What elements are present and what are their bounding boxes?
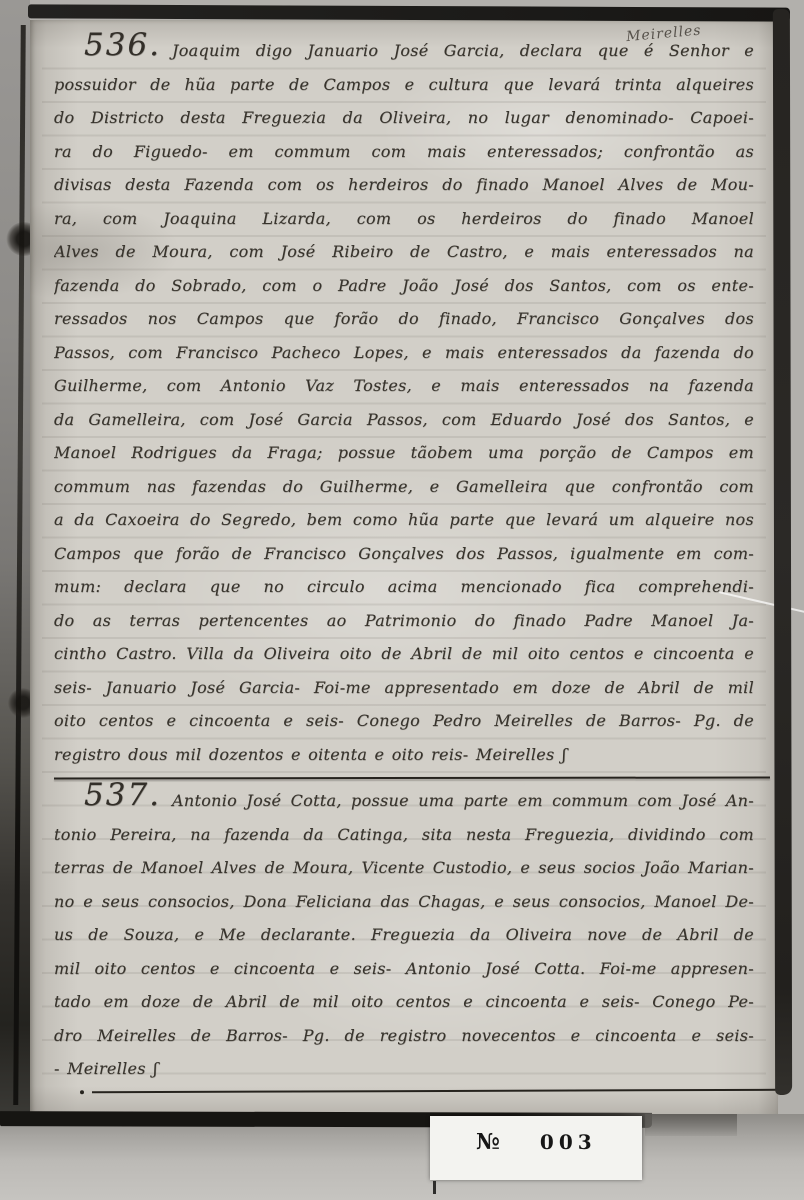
handwritten-line: - Meirelles ʃ — [54, 1052, 754, 1086]
entry-divider — [54, 777, 770, 780]
entry-divider — [92, 1089, 780, 1093]
page-number-row: № 003 — [430, 1116, 642, 1155]
handwritten-line: possuidor de hũa parte de Campos e cultu… — [54, 68, 754, 102]
handwritten-line: Passos, com Francisco Pacheco Lopes, e m… — [54, 336, 754, 370]
handwritten-line: mum: declara que no circulo acima mencio… — [54, 570, 754, 604]
page-bottom-edge-shadow — [645, 1114, 737, 1136]
handwritten-line: ra do Figuedo- em commum com mais entere… — [54, 135, 754, 169]
handwritten-line: us de Souza, e Me declarante. Freguezia … — [54, 918, 754, 952]
handwritten-line: do Districto desta Freguezia da Oliveira… — [54, 101, 754, 135]
numero-symbol: № — [476, 1129, 500, 1155]
handwritten-line: commum nas fazendas do Guilherme, e Game… — [54, 470, 754, 504]
handwritten-line: Guilherme, com Antonio Vaz Tostes, e mai… — [54, 369, 754, 403]
handwritten-line: terras de Manoel Alves de Moura, Vicente… — [54, 851, 754, 885]
handwritten-line: dro Meirelles de Barros- Pg. de registro… — [54, 1019, 754, 1053]
ledger-page: Meirelles 536. Joaquim digo Januario Jos… — [30, 20, 778, 1120]
handwritten-line: da Gamelleira, com José Garcia Passos, c… — [54, 403, 754, 437]
handwritten-line: a da Caxoeira do Segredo, bem como hũa p… — [54, 503, 754, 537]
handwritten-line: registro dous mil dozentos e oitenta e o… — [54, 738, 754, 772]
handwritten-line: tado em doze de Abril de mil oito centos… — [54, 985, 754, 1019]
page-number-value: 003 — [540, 1130, 597, 1154]
handwritten-line: ra, com Joaquina Lizarda, com os herdeir… — [54, 202, 754, 236]
handwritten-line: no e seus consocios, Dona Feliciana das … — [54, 885, 754, 919]
handwritten-line: Manoel Rodrigues da Fraga; possue tãobem… — [54, 436, 754, 470]
handwritten-line: Alves de Moura, com José Ribeiro de Cast… — [54, 235, 754, 269]
register-entry-537: 537. Antonio José Cotta, possue uma part… — [54, 784, 754, 1086]
entry-537-text: Antonio José Cotta, possue uma parte em … — [54, 784, 754, 1086]
handwritten-line: seis- Januario José Garcia- Foi-me appre… — [54, 671, 754, 705]
handwritten-line: mil oito centos e cincoenta e seis- Anto… — [54, 952, 754, 986]
right-edge-band — [773, 9, 792, 1095]
card-tick-mark — [433, 1181, 436, 1194]
handwritten-line: fazenda do Sobrado, com o Padre João Jos… — [54, 269, 754, 303]
page-number-card: № 003 — [430, 1116, 642, 1180]
handwritten-line: Campos que forão de Francisco Gonçalves … — [54, 537, 754, 571]
entry-number: 537. — [84, 777, 161, 813]
entry-536-text: Joaquim digo Januario José Garcia, decla… — [54, 34, 754, 771]
handwritten-line: do as terras pertencentes ao Patrimonio … — [54, 604, 754, 638]
handwritten-line: oito centos e cincoenta e seis- Conego P… — [54, 704, 754, 738]
handwritten-line: ressados nos Campos que forão do finado,… — [54, 302, 754, 336]
register-entry-536: 536. Joaquim digo Januario José Garcia, … — [54, 34, 754, 771]
handwritten-line: cintho Castro. Villa da Oliveira oito de… — [54, 637, 754, 671]
entry-number: 536. — [84, 27, 161, 63]
handwritten-line: divisas desta Fazenda com os herdeiros d… — [54, 168, 754, 202]
handwritten-line: tonio Pereira, na fazenda da Catinga, si… — [54, 818, 754, 852]
